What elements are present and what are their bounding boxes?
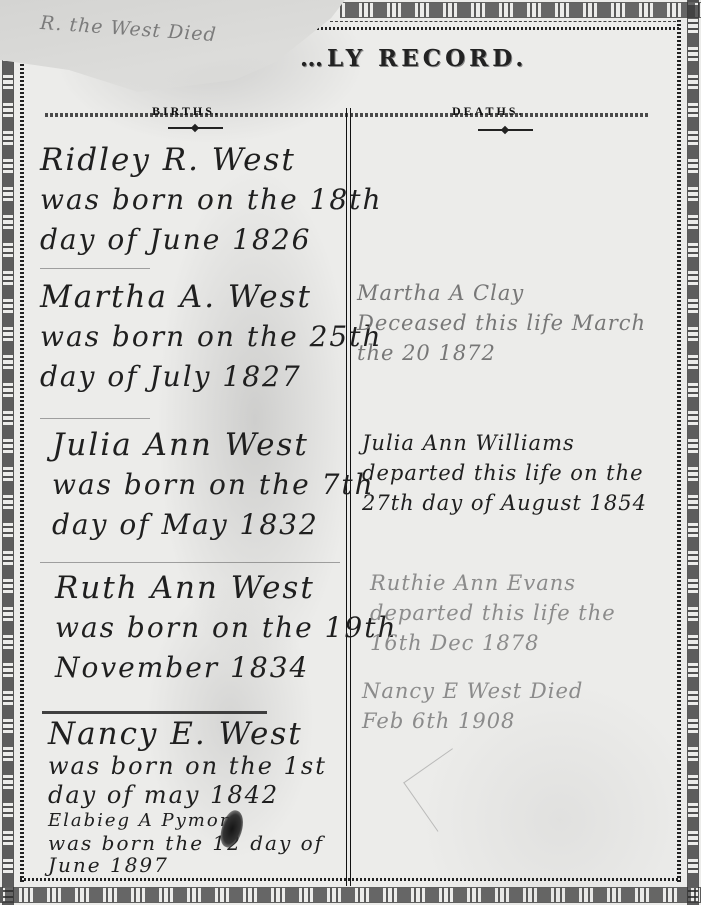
- birth-name: Ruth Ann West: [55, 568, 398, 608]
- birth-line: was born on the 19th: [55, 608, 398, 648]
- birth-entry: Ridley R. West was born on the 18th day …: [40, 140, 383, 260]
- death-line: Feb 6th 1908: [362, 706, 583, 736]
- ornamental-border-left: [2, 0, 14, 905]
- birth-line: was born on the 25th: [40, 317, 383, 357]
- birth-line: day of June 1826: [40, 220, 383, 260]
- births-heading: BIRTHS.: [152, 104, 221, 119]
- birth-entry: Ruth Ann West was born on the 19th Novem…: [55, 568, 398, 688]
- entry-separator: [42, 711, 267, 714]
- birth-line: was born on the 7th: [52, 465, 375, 505]
- deaths-heading: DEATHS.: [452, 104, 524, 119]
- death-line: the 20 1872: [357, 338, 646, 368]
- deaths-flourish: [478, 129, 533, 131]
- death-line: Deceased this life March: [357, 308, 646, 338]
- death-entry: Julia Ann Williams departed this life on…: [362, 428, 647, 518]
- family-record-page: R. the West Died …LY RECORD. BIRTHS. DEA…: [0, 0, 701, 905]
- entry-separator: [40, 268, 150, 269]
- dashed-rule-top: [330, 21, 681, 22]
- birth-line: day of July 1827: [40, 357, 383, 397]
- birth-line: day of may 1842: [48, 781, 327, 810]
- ornamental-border-right: [687, 0, 699, 905]
- ornamental-border-top: [340, 2, 701, 18]
- birth-entry: Nancy E. West was born on the 1st day of…: [48, 716, 327, 876]
- page-title: …LY RECORD.: [300, 45, 527, 72]
- death-entry: Ruthie Ann Evans departed this life the …: [370, 568, 616, 658]
- pencil-mark: [403, 748, 487, 832]
- death-line: departed this life on the: [362, 458, 647, 488]
- entry-separator: [40, 562, 340, 563]
- death-line: 16th Dec 1878: [370, 628, 616, 658]
- birth-name: Ridley R. West: [40, 140, 383, 180]
- birth-line: November 1834: [55, 648, 398, 688]
- death-entry: Nancy E West Died Feb 6th 1908: [362, 676, 583, 736]
- birth-line: was born on the 18th: [40, 180, 383, 220]
- death-line: Martha A Clay: [357, 278, 646, 308]
- death-entry: Martha A Clay Deceased this life March t…: [357, 278, 646, 368]
- death-line: Julia Ann Williams: [362, 428, 647, 458]
- ornamental-border-bottom: [0, 887, 701, 903]
- birth-line: June 1897: [48, 854, 327, 876]
- death-line: Ruthie Ann Evans: [370, 568, 616, 598]
- birth-line: day of May 1832: [52, 505, 375, 545]
- births-flourish: [168, 127, 223, 129]
- birth-line: was born the 12 day of: [48, 832, 327, 854]
- birth-entry: Martha A. West was born on the 25th day …: [40, 277, 383, 397]
- entry-separator: [40, 418, 150, 419]
- birth-name: Martha A. West: [40, 277, 383, 317]
- death-line: 27th day of August 1854: [362, 488, 647, 518]
- death-line: Nancy E West Died: [362, 676, 583, 706]
- dotted-rule-left: [20, 20, 24, 882]
- birth-entry: Julia Ann West was born on the 7th day o…: [52, 425, 375, 545]
- birth-line: Elabieg A Pymon: [48, 810, 327, 832]
- birth-line: was born on the 1st: [48, 752, 327, 781]
- dotted-rule-right: [677, 20, 681, 882]
- birth-name: Nancy E. West: [48, 716, 327, 752]
- birth-name: Julia Ann West: [52, 425, 375, 465]
- death-line: departed this life the: [370, 598, 616, 628]
